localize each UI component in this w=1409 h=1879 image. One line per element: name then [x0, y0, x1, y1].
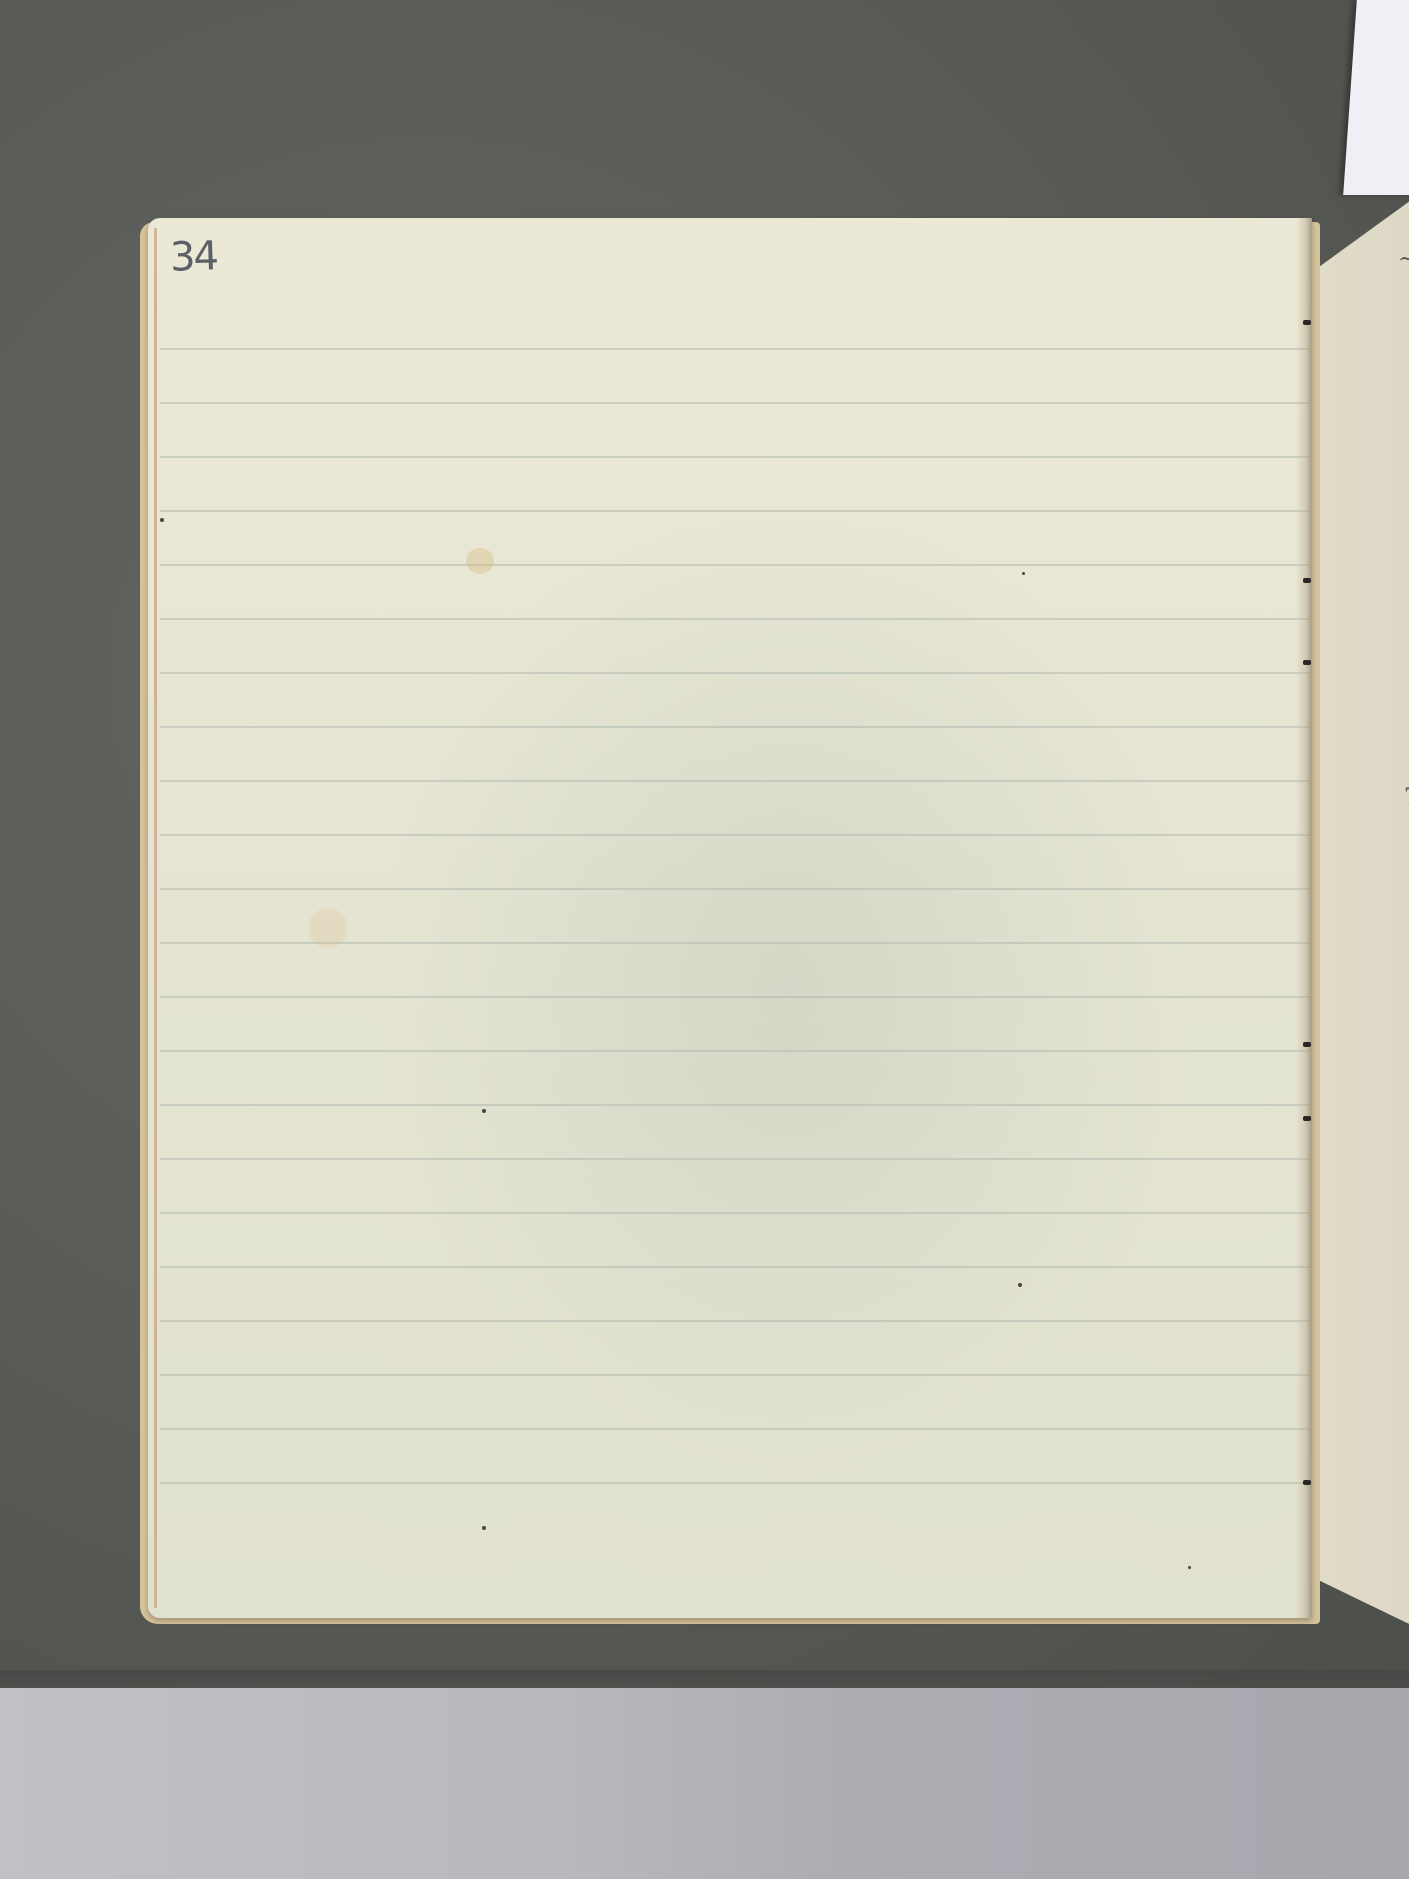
rule-line: [160, 1050, 1310, 1052]
ink-speck: [160, 518, 164, 522]
rule-line: [160, 1320, 1310, 1322]
rule-line: [160, 402, 1310, 404]
left-page: 34: [148, 218, 1312, 1618]
right-page-mark: ~: [1398, 247, 1409, 272]
binding-stitch: [1303, 1042, 1311, 1047]
rule-line: [160, 348, 1310, 350]
rule-line: [160, 618, 1310, 620]
ink-speck: [1018, 1283, 1022, 1287]
rule-line: [160, 1482, 1310, 1484]
handwritten-page-number: 34: [169, 233, 217, 281]
binding-stitch: [1303, 1116, 1311, 1121]
rule-line: [160, 1212, 1310, 1214]
rule-line: [160, 672, 1310, 674]
rule-line: [160, 1266, 1310, 1268]
right-page-mark: 7: [1404, 785, 1409, 810]
binding-stitch: [1303, 578, 1311, 583]
rule-line: [160, 1158, 1310, 1160]
rule-line: [160, 1104, 1310, 1106]
rule-line: [160, 510, 1310, 512]
margin-line: [154, 228, 157, 1608]
ink-speck: [482, 1526, 486, 1530]
binding-stitch: [1303, 1480, 1311, 1485]
rule-line: [160, 888, 1310, 890]
rule-line: [160, 780, 1310, 782]
floor: [0, 1688, 1409, 1879]
foxing-stain: [466, 548, 494, 574]
binding-stitch: [1303, 660, 1311, 665]
right-page: ~ 7: [1312, 185, 1409, 1635]
rule-line: [160, 456, 1310, 458]
rule-line: [160, 1428, 1310, 1430]
ink-speck: [482, 1109, 486, 1113]
rule-line: [160, 996, 1310, 998]
foxing-stain: [308, 908, 348, 948]
binding-stitch: [1303, 320, 1311, 325]
rule-line: [160, 564, 1310, 566]
binding-gutter: [1296, 218, 1312, 1618]
rule-line: [160, 726, 1310, 728]
rule-line: [160, 834, 1310, 836]
ink-speck: [1022, 572, 1025, 575]
ink-speck: [1188, 1566, 1191, 1569]
rule-line: [160, 1374, 1310, 1376]
